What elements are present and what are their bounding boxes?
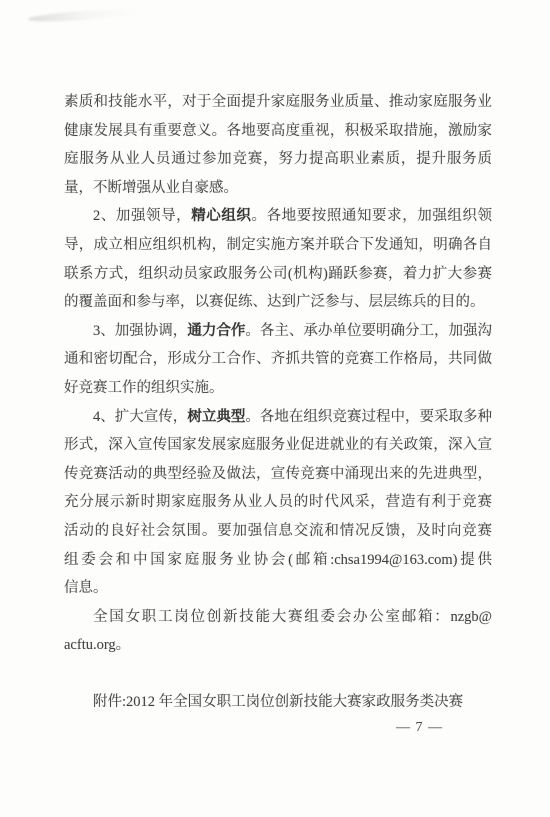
lead-rest: 。各地要按照通知要求，加强组织领 (252, 208, 492, 224)
body-line: 导，成立相应组织机构，制定实施方案并联合下发通知，明确各自 (64, 231, 492, 260)
body-line: 组委会和中国家庭服务业协会(邮箱:chsa1994@163.com)提供 (64, 546, 492, 575)
attachment-line: 附件:2012 年全国女职工岗位创新技能大赛家政服务类决赛 (64, 688, 492, 717)
paragraph-4: 4、扩大宣传，树立典型。各地在组织竞赛过程中，要采取多种 形式，深入宣传国家发展… (64, 403, 492, 603)
lead-rest: 。各地在组织竞赛过程中，要采取多种 (245, 409, 492, 425)
bold-phrase: 通力合作 (187, 323, 245, 339)
paragraph-2: 2、加强领导，精心组织。各地要按照通知要求，加强组织领 导，成立相应组织机构，制… (64, 202, 492, 316)
body-line: 信息。 (64, 574, 492, 603)
body-line: 4、扩大宣传，树立典型。各地在组织竞赛过程中，要采取多种 (64, 403, 492, 432)
body-line: acftu.org。 (64, 631, 492, 660)
bold-phrase: 精心组织 (191, 208, 251, 224)
lead-text: 3、加强协调， (93, 323, 187, 339)
body-line: 好竞赛工作的组织实施。 (64, 374, 492, 403)
paragraph-1: 素质和技能水平，对于全面提升家庭服务业质量、推动家庭服务业 健康发展具有重要意义… (64, 88, 492, 202)
body-line: 全国女职工岗位创新技能大赛组委会办公室邮箱：nzgb@ (64, 603, 492, 632)
body-line: 形式，深入宣传国家发展家庭服务业促进就业的有关政策，深入宣 (64, 431, 492, 460)
page-number: — 7 — (396, 720, 476, 736)
lead-rest: 。各主、承办单位要明确分工，加强沟 (245, 323, 492, 339)
document-body: 素质和技能水平，对于全面提升家庭服务业质量、推动家庭服务业 健康发展具有重要意义… (64, 88, 492, 717)
lead-text: 4、扩大宣传， (93, 409, 187, 425)
body-line: 的覆盖面和参与率，以赛促练、达到广泛参与、层层练兵的目的。 (64, 288, 492, 317)
body-line: 通和密切配合，形成分工合作、齐抓共管的竞赛工作格局，共同做 (64, 345, 492, 374)
body-line: 联系方式，组织动员家政服务公司(机构)踊跃参赛，着力扩大参赛 (64, 260, 492, 289)
body-line: 传竞赛活动的典型经验及做法，宣传竞赛中涌现出来的先进典型， (64, 460, 492, 489)
scan-smudge-mark (28, 7, 138, 24)
paragraph-3: 3、加强协调，通力合作。各主、承办单位要明确分工，加强沟 通和密切配合，形成分工… (64, 317, 492, 403)
body-line: 健康发展具有重要意义。各地要高度重视，积极采取措施，激励家 (64, 117, 492, 146)
paragraph-5: 全国女职工岗位创新技能大赛组委会办公室邮箱：nzgb@ acftu.org。 (64, 603, 492, 660)
lead-text: 2、加强领导， (93, 208, 191, 224)
body-line: 庭服务从业人员通过参加竞赛，努力提高职业素质，提升服务质 (64, 145, 492, 174)
bold-phrase: 树立典型 (187, 409, 245, 425)
body-line: 量，不断增强从业自豪感。 (64, 174, 492, 203)
body-line: 2、加强领导，精心组织。各地要按照通知要求，加强组织领 (64, 202, 492, 231)
blank-line (64, 660, 492, 689)
body-line: 素质和技能水平，对于全面提升家庭服务业质量、推动家庭服务业 (64, 88, 492, 117)
body-line: 活动的良好社会氛围。要加强信息交流和情况反馈，及时向竞赛 (64, 517, 492, 546)
scanned-document-page: 素质和技能水平，对于全面提升家庭服务业质量、推动家庭服务业 健康发展具有重要意义… (0, 0, 550, 817)
body-line: 充分展示新时期家庭服务从业人员的时代风采，营造有利于竞赛 (64, 488, 492, 517)
body-line: 3、加强协调，通力合作。各主、承办单位要明确分工，加强沟 (64, 317, 492, 346)
